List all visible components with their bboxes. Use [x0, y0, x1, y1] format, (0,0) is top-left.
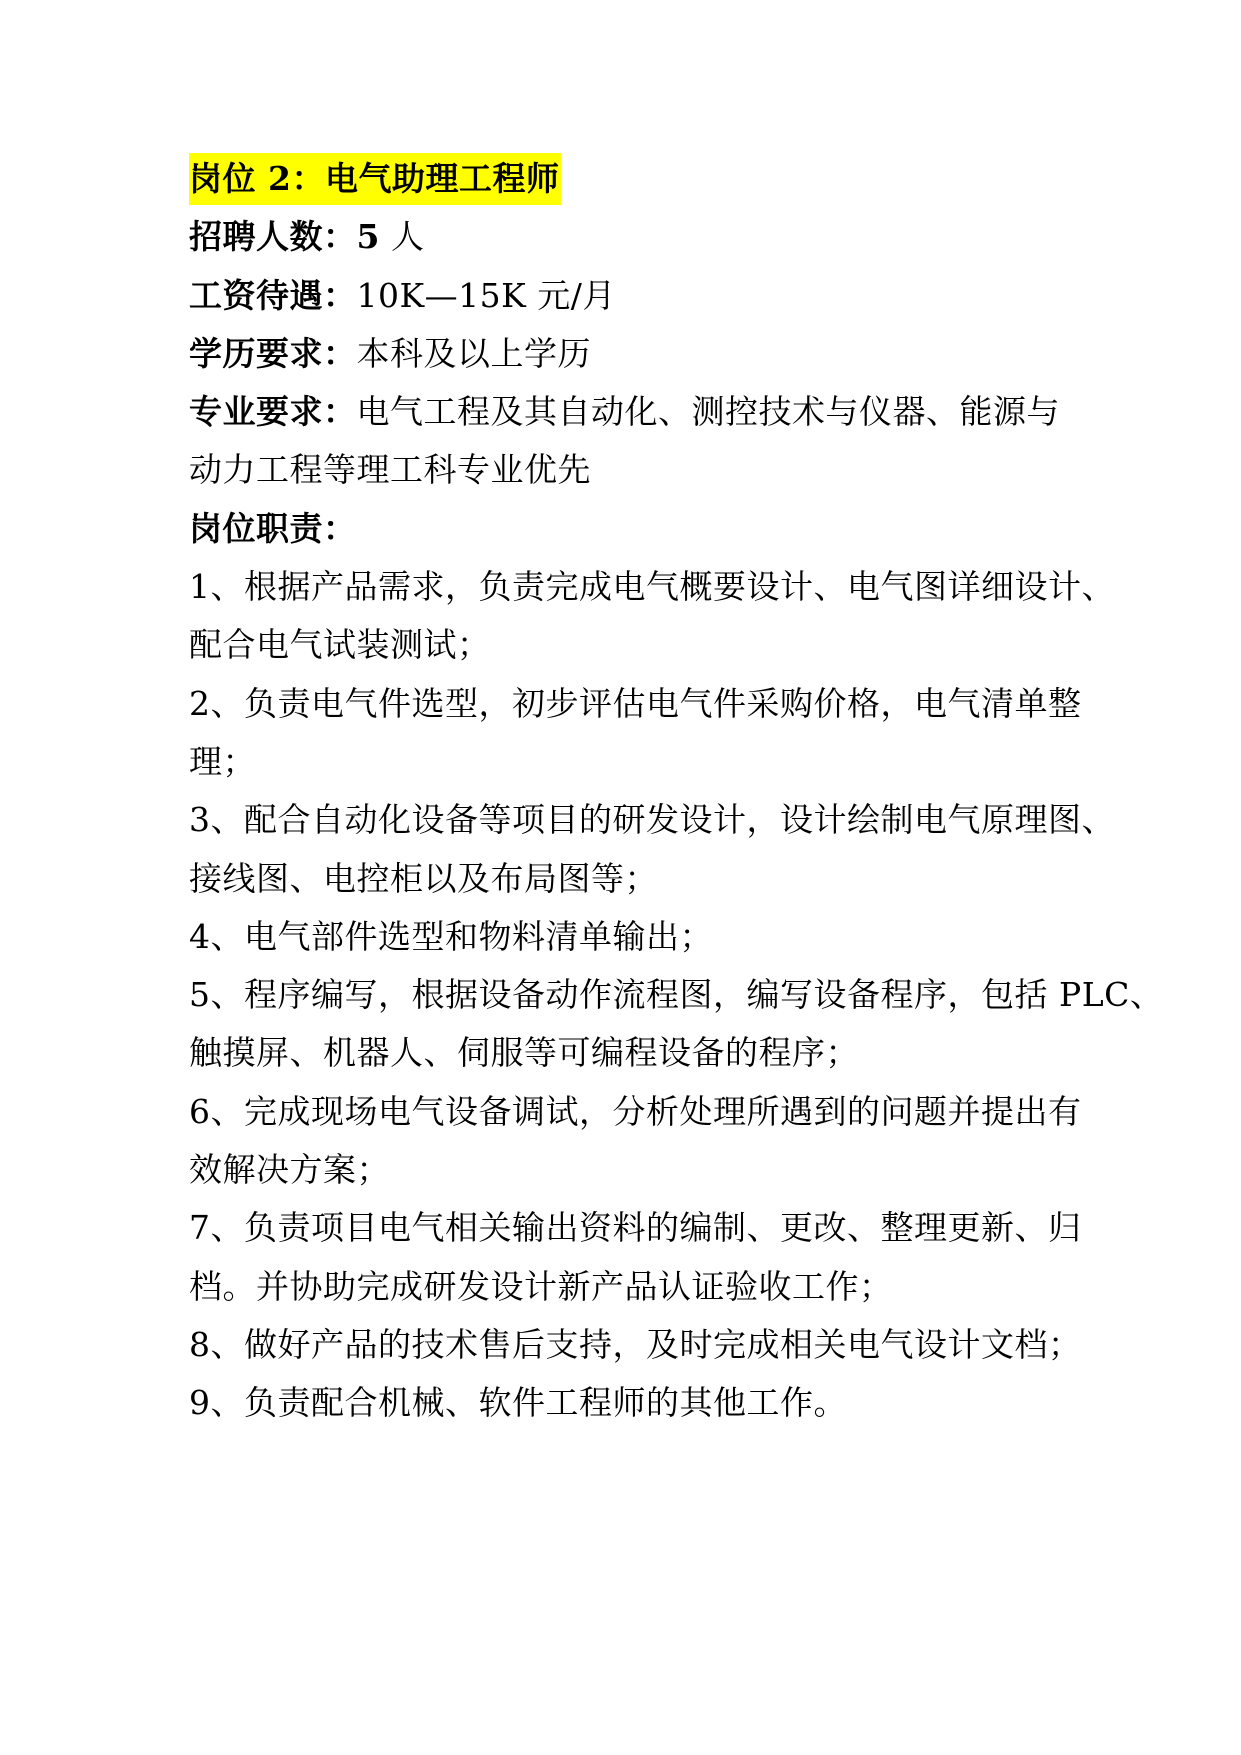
major-value: 电气工程及其自动化、测控技术与仪器、能源与 — [357, 392, 1061, 431]
duty-line: 7、负责项目电气相关输出资料的编制、更改、整理更新、归 — [189, 1199, 1089, 1257]
duty-line: 理； — [189, 733, 1089, 791]
duty-line: 触摸屏、机器人、伺服等可编程设备的程序； — [189, 1024, 1089, 1082]
duty-line: 2、负责电气件选型，初步评估电气件采购价格，电气清单整 — [189, 675, 1089, 733]
duty-line: 效解决方案； — [189, 1141, 1089, 1199]
duties-heading: 岗位职责： — [189, 509, 357, 548]
headcount-value: 5 — [357, 217, 380, 256]
duties-list: 1、根据产品需求，负责完成电气概要设计、电气图详细设计、 配合电气试装测试； 2… — [189, 558, 1089, 1432]
duty-line: 1、根据产品需求，负责完成电气概要设计、电气图详细设计、 — [189, 558, 1089, 616]
salary-value: 10K—15K 元/月 — [357, 276, 616, 315]
document-page: 岗位 2：电气助理工程师 招聘人数：5 人 工资待遇：10K—15K 元/月 学… — [189, 150, 1089, 1433]
job-title: 岗位 2：电气助理工程师 — [189, 153, 561, 205]
field-salary: 工资待遇：10K—15K 元/月 — [189, 267, 1089, 325]
education-value: 本科及以上学历 — [357, 334, 592, 373]
field-headcount: 招聘人数：5 人 — [189, 208, 1089, 266]
field-major-cont: 动力工程等理工科专业优先 — [189, 441, 1089, 499]
duties-heading-row: 岗位职责： — [189, 500, 1089, 558]
duty-line: 3、配合自动化设备等项目的研发设计，设计绘制电气原理图、 — [189, 791, 1089, 849]
duty-line: 接线图、电控柜以及布局图等； — [189, 850, 1089, 908]
field-label: 工资待遇： — [189, 276, 357, 315]
duty-line: 9、负责配合机械、软件工程师的其他工作。 — [189, 1374, 1089, 1432]
field-label: 学历要求： — [189, 334, 357, 373]
title-row: 岗位 2：电气助理工程师 — [189, 150, 1089, 208]
field-education: 学历要求：本科及以上学历 — [189, 325, 1089, 383]
duty-line: 4、电气部件选型和物料清单输出； — [189, 908, 1089, 966]
field-label: 招聘人数： — [189, 217, 357, 256]
major-value-cont: 动力工程等理工科专业优先 — [189, 450, 591, 489]
duty-line: 配合电气试装测试； — [189, 616, 1089, 674]
headcount-suffix: 人 — [380, 217, 425, 256]
duty-line: 6、完成现场电气设备调试，分析处理所遇到的问题并提出有 — [189, 1083, 1089, 1141]
field-major: 专业要求：电气工程及其自动化、测控技术与仪器、能源与 — [189, 383, 1089, 441]
duty-line: 8、做好产品的技术售后支持，及时完成相关电气设计文档； — [189, 1316, 1089, 1374]
duty-line: 档。并协助完成研发设计新产品认证验收工作； — [189, 1258, 1089, 1316]
duty-line: 5、程序编写，根据设备动作流程图，编写设备程序，包括 PLC、 — [189, 966, 1089, 1024]
field-label: 专业要求： — [189, 392, 357, 431]
